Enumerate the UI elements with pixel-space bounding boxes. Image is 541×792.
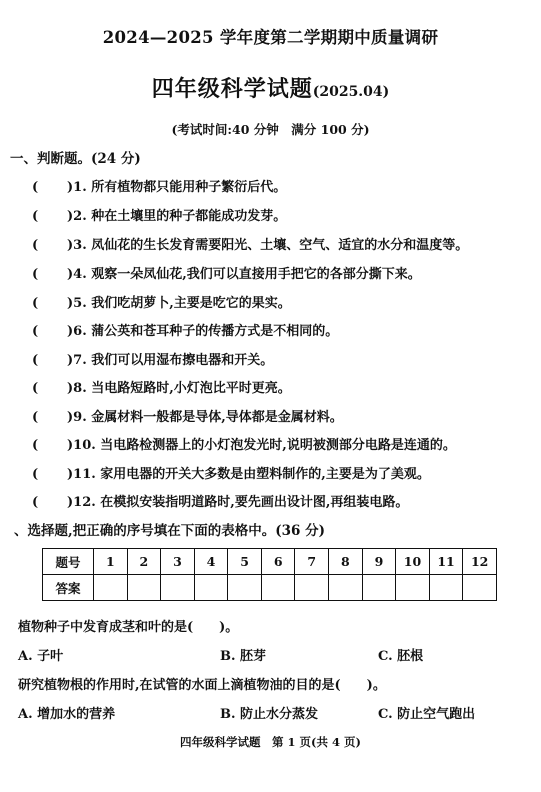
question-number-cell: 11 xyxy=(429,549,463,575)
row-header-answer: 答案 xyxy=(43,575,94,601)
exam-title-block: 四年级科学试题(2025.04) xyxy=(0,72,541,103)
answer-cell[interactable] xyxy=(261,575,295,601)
tf-question: ()6. 蒲公英和苍耳种子的传播方式是不相同的。 xyxy=(32,320,338,339)
question-number-cell: 12 xyxy=(463,549,497,575)
question-number-cell: 8 xyxy=(329,549,363,575)
tf-question: ()8. 当电路短路时,小灯泡比平时更亮。 xyxy=(32,377,291,396)
question-text: )7. 我们可以用湿布擦电器和开关。 xyxy=(67,353,273,368)
answer-blank[interactable]: ( xyxy=(32,467,67,482)
mc-option-c[interactable]: C. 防止空气跑出 xyxy=(378,703,475,722)
answer-blank[interactable]: ( xyxy=(32,238,67,253)
mc-option-a[interactable]: A. 增加水的营养 xyxy=(18,703,115,722)
question-text: )5. 我们吃胡萝卜,主要是吃它的果实。 xyxy=(67,296,291,311)
answer-cell[interactable] xyxy=(463,575,497,601)
mc-option-c[interactable]: C. 胚根 xyxy=(378,645,423,664)
answer-cell[interactable] xyxy=(127,575,161,601)
mc-question-stem: 研究植物根的作用时,在试管的水面上滴植物油的目的是( )。 xyxy=(18,674,386,693)
question-text: )2. 种在土壤里的种子都能成功发芽。 xyxy=(67,209,286,224)
question-number-cell: 5 xyxy=(228,549,262,575)
answer-blank[interactable]: ( xyxy=(32,180,67,195)
answer-blank[interactable]: ( xyxy=(32,381,67,396)
question-text: )11. 家用电器的开关大多数是由塑料制作的,主要是为了美观。 xyxy=(67,467,430,482)
mc-option-a[interactable]: A. 子叶 xyxy=(18,645,63,664)
tf-question: ()10. 当电路检测器上的小灯泡发光时,说明被测部分电路是连通的。 xyxy=(32,434,456,453)
question-text: )1. 所有植物都只能用种子繁衍后代。 xyxy=(67,180,286,195)
answer-blank[interactable]: ( xyxy=(32,296,67,311)
section2-heading: 、选择题,把正确的序号填在下面的表格中。(36 分) xyxy=(14,519,325,539)
answer-blank[interactable]: ( xyxy=(32,267,67,282)
mc-option-b[interactable]: B. 防止水分蒸发 xyxy=(220,703,318,722)
row-header-question-number: 题号 xyxy=(43,549,94,575)
question-number-cell: 6 xyxy=(261,549,295,575)
answer-blank[interactable]: ( xyxy=(32,410,67,425)
question-number-cell: 1 xyxy=(94,549,128,575)
answer-table: 题号 1 2 3 4 5 6 7 8 9 10 11 12 答案 xyxy=(42,548,497,601)
answer-blank[interactable]: ( xyxy=(32,353,67,368)
exam-info: (考试时间:40 分钟 满分 100 分) xyxy=(0,120,541,138)
question-text: )3. 凤仙花的生长发育需要阳光、土壤、空气、适宜的水分和温度等。 xyxy=(67,238,468,253)
page-footer: 四年级科学试题 第 1 页(共 4 页) xyxy=(0,734,541,750)
exam-title: 四年级科学试题 xyxy=(152,76,313,102)
answer-cell[interactable] xyxy=(161,575,195,601)
question-text: )6. 蒲公英和苍耳种子的传播方式是不相同的。 xyxy=(67,324,338,339)
answer-blank[interactable]: ( xyxy=(32,438,67,453)
answer-cell[interactable] xyxy=(429,575,463,601)
question-number-cell: 3 xyxy=(161,549,195,575)
table-row-numbers: 题号 1 2 3 4 5 6 7 8 9 10 11 12 xyxy=(43,549,497,575)
question-text: )9. 金属材料一般都是导体,导体都是金属材料。 xyxy=(67,410,343,425)
answer-cell[interactable] xyxy=(362,575,396,601)
tf-question: ()5. 我们吃胡萝卜,主要是吃它的果实。 xyxy=(32,292,291,311)
tf-question: ()4. 观察一朵凤仙花,我们可以直接用手把它的各部分撕下来。 xyxy=(32,263,421,282)
tf-question: ()11. 家用电器的开关大多数是由塑料制作的,主要是为了美观。 xyxy=(32,463,430,482)
tf-question: ()7. 我们可以用湿布擦电器和开关。 xyxy=(32,349,273,368)
question-text: )10. 当电路检测器上的小灯泡发光时,说明被测部分电路是连通的。 xyxy=(67,438,456,453)
answer-cell[interactable] xyxy=(94,575,128,601)
answer-blank[interactable]: ( xyxy=(32,495,67,510)
answer-cell[interactable] xyxy=(396,575,430,601)
question-number-cell: 10 xyxy=(396,549,430,575)
tf-question: ()3. 凤仙花的生长发育需要阳光、土壤、空气、适宜的水分和温度等。 xyxy=(32,234,468,253)
answer-cell[interactable] xyxy=(295,575,329,601)
exam-date: (2025.04) xyxy=(313,84,390,100)
table-row-answers: 答案 xyxy=(43,575,497,601)
question-text: )4. 观察一朵凤仙花,我们可以直接用手把它的各部分撕下来。 xyxy=(67,267,421,282)
answer-cell[interactable] xyxy=(194,575,228,601)
mc-question-stem: 植物种子中发育成茎和叶的是( )。 xyxy=(18,616,238,635)
question-number-cell: 4 xyxy=(194,549,228,575)
question-number-cell: 7 xyxy=(295,549,329,575)
answer-cell[interactable] xyxy=(228,575,262,601)
answer-blank[interactable]: ( xyxy=(32,209,67,224)
question-number-cell: 9 xyxy=(362,549,396,575)
tf-question: ()1. 所有植物都只能用种子繁衍后代。 xyxy=(32,176,286,195)
mc-option-b[interactable]: B. 胚芽 xyxy=(220,645,266,664)
answer-cell[interactable] xyxy=(329,575,363,601)
term-title: 2024—2025 学年度第二学期期中质量调研 xyxy=(0,24,541,48)
tf-question: ()9. 金属材料一般都是导体,导体都是金属材料。 xyxy=(32,406,343,425)
tf-question: ()2. 种在土壤里的种子都能成功发芽。 xyxy=(32,205,286,224)
section1-heading: 一、判断题。(24 分) xyxy=(10,147,141,167)
question-number-cell: 2 xyxy=(127,549,161,575)
tf-question: ()12. 在模拟安装指明道路时,要先画出设计图,再组装电路。 xyxy=(32,491,408,510)
question-text: )8. 当电路短路时,小灯泡比平时更亮。 xyxy=(67,381,291,396)
question-text: )12. 在模拟安装指明道路时,要先画出设计图,再组装电路。 xyxy=(67,495,408,510)
answer-blank[interactable]: ( xyxy=(32,324,67,339)
